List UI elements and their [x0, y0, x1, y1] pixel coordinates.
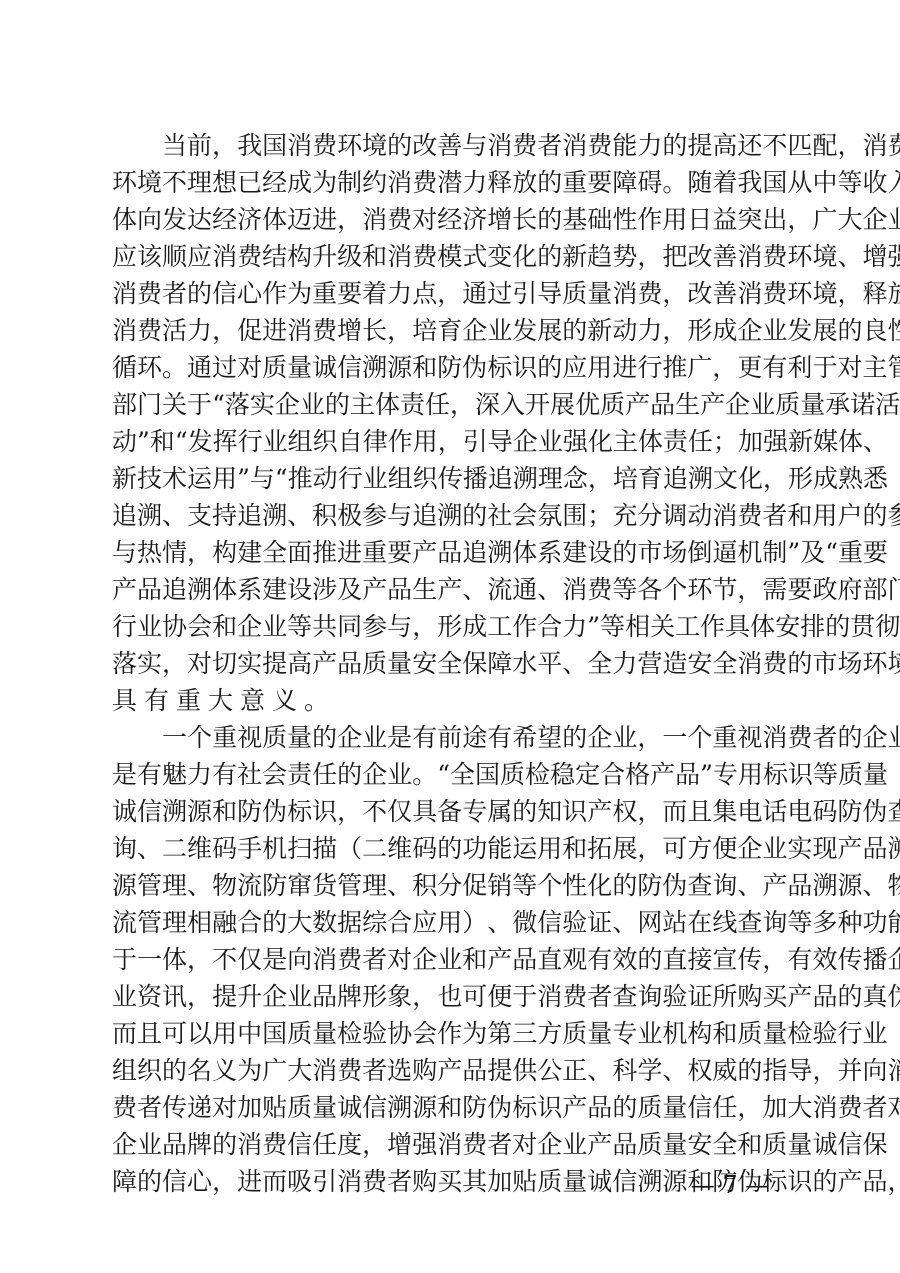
- document-page: 当前，我国消费环境的改善与消费者消费能力的提高还不匹配，消费 环境不理想已经成为…: [0, 0, 900, 1273]
- text-line: 与热情，构建全面推进重要产品追溯体系建设的市场倒逼机制”及“重要: [112, 534, 788, 571]
- text-line: 体向发达经济体迈进，消费对经济增长的基础性作用日益突出，广大企业: [112, 201, 788, 238]
- text-line: 当前，我国消费环境的改善与消费者消费能力的提高还不匹配，消费: [112, 127, 788, 164]
- text-line: 具有重大意义。: [112, 682, 788, 719]
- text-line: 环境不理想已经成为制约消费潜力释放的重要障碍。随着我国从中等收入: [112, 164, 788, 201]
- text-line: 于一体，不仅是向消费者对企业和产品直观有效的直接宣传，有效传播企: [112, 941, 788, 978]
- text-line: 行业协会和企业等共同参与，形成工作合力”等相关工作具体安排的贯彻: [112, 608, 788, 645]
- text-line: 一个重视质量的企业是有前途有希望的企业，一个重视消费者的企业: [112, 719, 788, 756]
- text-line: 落实，对切实提高产品质量安全保障水平、全力营造安全消费的市场环境: [112, 645, 788, 682]
- text-line: 而且可以用中国质量检验协会作为第三方质量专业机构和质量检验行业: [112, 1015, 788, 1052]
- page-number: — 7 —: [690, 1168, 770, 1202]
- text-line: 业资讯，提升企业品牌形象，也可便于消费者查询验证所购买产品的真伪，: [112, 978, 788, 1015]
- text-line: 消费者的信心作为重要着力点，通过引导质量消费，改善消费环境，释放: [112, 275, 788, 312]
- text-line: 循环。通过对质量诚信溯源和防伪标识的应用进行推广，更有利于对主管: [112, 349, 788, 386]
- text-line: 流管理相融合的大数据综合应用）、微信验证、网站在线查询等多种功能: [112, 904, 788, 941]
- text-line: 应该顺应消费结构升级和消费模式变化的新趋势，把改善消费环境、增强: [112, 238, 788, 275]
- text-line: 产品追溯体系建设涉及产品生产、流通、消费等各个环节，需要政府部门、: [112, 571, 788, 608]
- text-line: 企业品牌的消费信任度，增强消费者对企业产品质量安全和质量诚信保: [112, 1126, 788, 1163]
- text-line: 源管理、物流防窜货管理、积分促销等个性化的防伪查询、产品溯源、物: [112, 867, 788, 904]
- text-line: 新技术运用”与“推动行业组织传播追溯理念，培育追溯文化，形成熟悉: [112, 460, 788, 497]
- text-line: 组织的名义为广大消费者选购产品提供公正、科学、权威的指导，并向消: [112, 1052, 788, 1089]
- text-line: 是有魅力有社会责任的企业。“全国质检稳定合格产品”专用标识等质量: [112, 756, 788, 793]
- text-line: 追溯、支持追溯、积极参与追溯的社会氛围；充分调动消费者和用户的参: [112, 497, 788, 534]
- text-line: 诚信溯源和防伪标识，不仅具备专属的知识产权，而且集电话电码防伪查: [112, 793, 788, 830]
- body-text: 当前，我国消费环境的改善与消费者消费能力的提高还不匹配，消费 环境不理想已经成为…: [112, 127, 792, 1200]
- paragraph-1: 当前，我国消费环境的改善与消费者消费能力的提高还不匹配，消费 环境不理想已经成为…: [112, 127, 792, 719]
- text-line: 动”和“发挥行业组织自律作用，引导企业强化主体责任；加强新媒体、: [112, 423, 788, 460]
- text-line: 障的信心，进而吸引消费者购买其加贴质量诚信溯源和防伪标识的产品，: [112, 1163, 788, 1200]
- text-line: 消费活力，促进消费增长，培育企业发展的新动力，形成企业发展的良性: [112, 312, 788, 349]
- paragraph-2: 一个重视质量的企业是有前途有希望的企业，一个重视消费者的企业 是有魅力有社会责任…: [112, 719, 792, 1200]
- text-line: 询、二维码手机扫描（二维码的功能运用和拓展，可方便企业实现产品溯: [112, 830, 788, 867]
- text-line: 费者传递对加贴质量诚信溯源和防伪标识产品的质量信任，加大消费者对: [112, 1089, 788, 1126]
- text-line: 部门关于“落实企业的主体责任，深入开展优质产品生产企业质量承诺活: [112, 386, 788, 423]
